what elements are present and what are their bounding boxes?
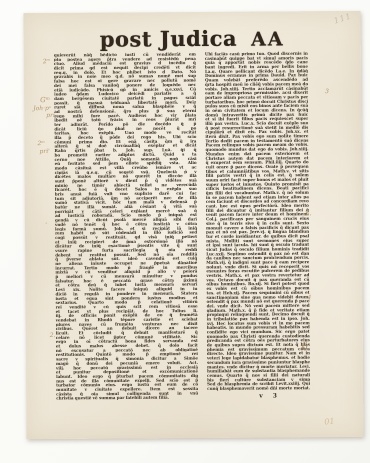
margin-note-left-2: Gᵐ	[40, 97, 50, 103]
header-title: post Judica	[100, 26, 237, 52]
margin-note-left-1: 2ᵐ	[43, 59, 51, 66]
margin-note-left-7: ʼ	[45, 223, 47, 229]
margin-note-left-4: pri	[46, 113, 55, 119]
leaf-signature: v 3	[259, 392, 281, 399]
margin-note-left-8: 2.	[50, 333, 56, 339]
running-header: post Judica AA	[24, 25, 361, 52]
margin-note-right-1: 3	[325, 89, 329, 95]
text-column-left-lines: quieverūt nāq̄ bēdicto iusti cū vend…	[54, 52, 198, 400]
text-column-right-lines: Ubi faciās casū primo tuo. Quod discer…	[205, 51, 310, 391]
scan-background: post Judica AA 111 quieverūt nāq̄ bēd…	[0, 0, 370, 463]
folio-number-pencil: 111	[333, 11, 353, 25]
quire-signature: AA	[251, 28, 285, 50]
corner-inventory-mark: 01	[324, 417, 335, 427]
text-column-right: Ubi faciās casū primo tuo. Quod discer…	[205, 51, 310, 394]
margin-note-right-3: 4	[307, 295, 311, 301]
book-page: post Judica AA 111 quieverūt nāq̄ bēd…	[24, 11, 364, 439]
text-column-left: quieverūt nāq̄ bēdicto iusti cū vend…	[54, 52, 198, 403]
margin-note-left-5: 2ᵐ	[37, 141, 45, 147]
margin-note-right-4: 6	[301, 344, 308, 351]
margin-note-left-6: pri'	[39, 149, 49, 155]
margin-note-right-2: 8.	[305, 210, 312, 216]
